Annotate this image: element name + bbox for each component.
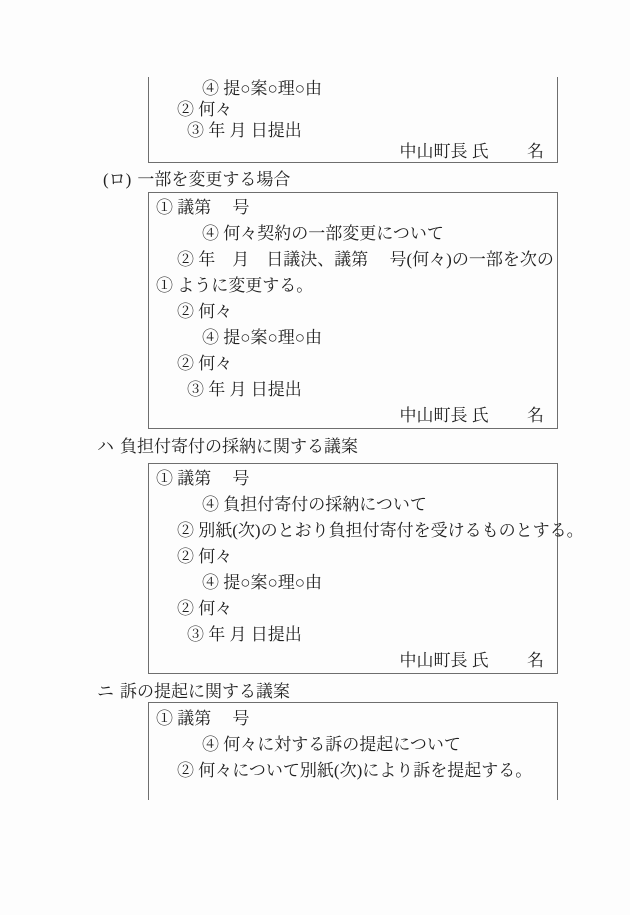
section-label: ハ	[97, 437, 114, 457]
template-line: ② 何々	[149, 299, 557, 325]
template-line: ④ 何々に対する訴の提起について	[149, 732, 557, 758]
section-label: (ロ)	[103, 170, 131, 190]
template-line: ① ように変更する。	[149, 273, 557, 299]
template-line: ② 何々	[149, 596, 557, 622]
template-line: ① 議第 号	[149, 195, 557, 221]
section-title: 負担付寄付の採納に関する議案	[120, 437, 358, 457]
template-line: ④ 負担付寄付の採納について	[149, 492, 557, 518]
template-line: ① 議第 号	[149, 466, 557, 492]
section-label: ニ	[97, 682, 114, 702]
template-line: ④ 提○案○理○由	[149, 325, 557, 351]
template-box-partial-amendment: ① 議第 号 ④ 何々契約の一部変更について ② 年 月 日議決、議第 号(何々…	[148, 192, 558, 429]
template-box-continuation: ④ 提○案○理○由 ② 何々 ③ 年 月 日提出 中山町長 氏 名	[148, 77, 558, 163]
template-line: ② 何々	[149, 544, 557, 570]
section-heading-ro: (ロ) 一部を変更する場合	[103, 170, 290, 190]
template-line: ③ 年 月 日提出	[149, 622, 557, 648]
template-line: ③ 年 月 日提出	[149, 120, 557, 141]
section-title: 一部を変更する場合	[137, 170, 290, 190]
template-line: ② 何々について別紙(次)により訴を提起する。	[149, 758, 557, 784]
template-line: ③ 年 月 日提出	[149, 377, 557, 403]
template-line: ① 議第 号	[149, 706, 557, 732]
template-line: ② 年 月 日議決、議第 号(何々)の一部を次の	[149, 247, 557, 273]
section-title: 訴の提起に関する議案	[120, 682, 290, 702]
template-line: ④ 何々契約の一部変更について	[149, 221, 557, 247]
template-line: ② 別紙(次)のとおり負担付寄付を受けるものとする。	[149, 518, 557, 544]
template-box-donation-acceptance: ① 議第 号 ④ 負担付寄付の採納について ② 別紙(次)のとおり負担付寄付を受…	[148, 463, 558, 674]
mayor-signature-line: 中山町長 氏 名	[149, 141, 557, 162]
template-line: ④ 提○案○理○由	[149, 570, 557, 596]
mayor-signature-line: 中山町長 氏 名	[149, 403, 557, 429]
section-heading-ha: ハ 負担付寄付の採納に関する議案	[97, 437, 358, 457]
template-box-lawsuit: ① 議第 号 ④ 何々に対する訴の提起について ② 何々について別紙(次)により…	[148, 702, 558, 800]
section-heading-ni: ニ 訴の提起に関する議案	[97, 682, 290, 702]
mayor-signature-line: 中山町長 氏 名	[149, 648, 557, 674]
template-line: ④ 提○案○理○由	[149, 78, 557, 99]
template-line: ② 何々	[149, 351, 557, 377]
template-line: ② 何々	[149, 99, 557, 120]
document-page: ④ 提○案○理○由 ② 何々 ③ 年 月 日提出 中山町長 氏 名 (ロ) 一部…	[0, 0, 630, 915]
